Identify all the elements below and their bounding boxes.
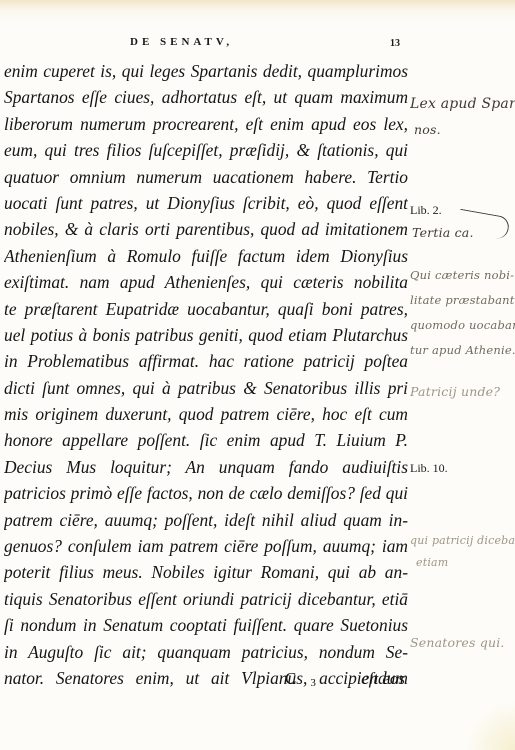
text-line: nobiles, & à claris orti parentibus, quo… (4, 216, 408, 242)
marginal-note-handwritten: tur apud Athenie. (410, 343, 515, 357)
text-line: te præſtarent Eupatridæ uocabantur, quaſ… (4, 296, 408, 322)
text-line: genuos? conſulem iam patrem ciēre poſſum… (4, 533, 408, 559)
text-line: in Auguſto ſic ait; quanquam patricius, … (4, 639, 408, 665)
text-line: patricios primò eſſe factos, non de cælo… (4, 480, 408, 506)
signature-number: 3 (310, 677, 316, 689)
text-line: Decius Mus loquitur; An unquam fando aud… (4, 454, 408, 480)
marginal-note-handwritten: litate præstabant (410, 293, 515, 307)
text-line: eum, qui tres filios ſuſcepiſſet, præſid… (4, 137, 408, 163)
text-line: enim cuperet is, qui leges Spartanis ded… (4, 58, 408, 84)
marginal-note-handwritten: Qui cæteris nobi- (410, 268, 514, 282)
text-line: patrem ciēre, auumq; poſſent, ideſt nihi… (4, 507, 408, 533)
text-line: dicti ſunt omnes, qui à patribus & Senat… (4, 375, 408, 401)
book-page: DE SENATV, 13 enim cuperet is, qui leges… (0, 0, 515, 750)
text-line: uel potius à bonis patribus geniti, quod… (4, 322, 408, 348)
text-line: poterit filius meus. Nobiles igitur Roma… (4, 559, 408, 585)
signature-mark: C3 (285, 669, 316, 689)
running-head: DE SENATV, 13 (0, 36, 515, 52)
signature-line: C3 eſt eos (285, 669, 405, 693)
marginal-note-handwritten: qui patricij dicebantur (410, 534, 515, 547)
text-line: uocati ſunt patres, ut Dionyſius ſcribit… (4, 190, 408, 216)
text-line: tiquis Senatoribus eſſent oriundi patric… (4, 586, 408, 612)
text-line: Spartanos eſſe ciues, adhortatus eſt, ut… (4, 84, 408, 110)
marginal-note-handwritten: Patricij unde? (410, 384, 500, 399)
catchword: eſt eos (361, 669, 405, 689)
page-number: 13 (390, 38, 400, 49)
marginal-note-handwritten: Senatores qui. (410, 635, 505, 650)
text-line: liberorum numerum procrearent, eſt enim … (4, 111, 408, 137)
text-line: ſi nondum in Senatum cooptati fuiſſent. … (4, 612, 408, 638)
text-line: Athenienſium à Romulo fuiſſe factum idem… (4, 243, 408, 269)
text-line: exiſtimat. nam apud Athenienſes, qui cæt… (4, 269, 408, 295)
marginal-note-handwritten: nos. (414, 122, 441, 137)
text-line: quatuor omnium numerum uacationem habere… (4, 164, 408, 190)
marginal-note-handwritten: Lex apud Spart- (410, 96, 515, 112)
marginal-note-handwritten: etiam (416, 556, 448, 569)
marginal-reference-printed: Lib. 10. (410, 461, 448, 476)
text-line: in Problematibus affirmat. hac ratione p… (4, 348, 408, 374)
marginal-reference-printed: Lib. 2. (410, 203, 442, 218)
running-title: DE SENATV, (130, 36, 233, 48)
main-text-block: enim cuperet is, qui leges Spartanis ded… (4, 58, 408, 691)
text-line: honore appellare poſſent. ſic enim apud … (4, 427, 408, 453)
marginal-note-handwritten: quomodo uocaban- (410, 318, 515, 332)
text-line: mis originem duxerunt, quod patrem ciēre… (4, 401, 408, 427)
